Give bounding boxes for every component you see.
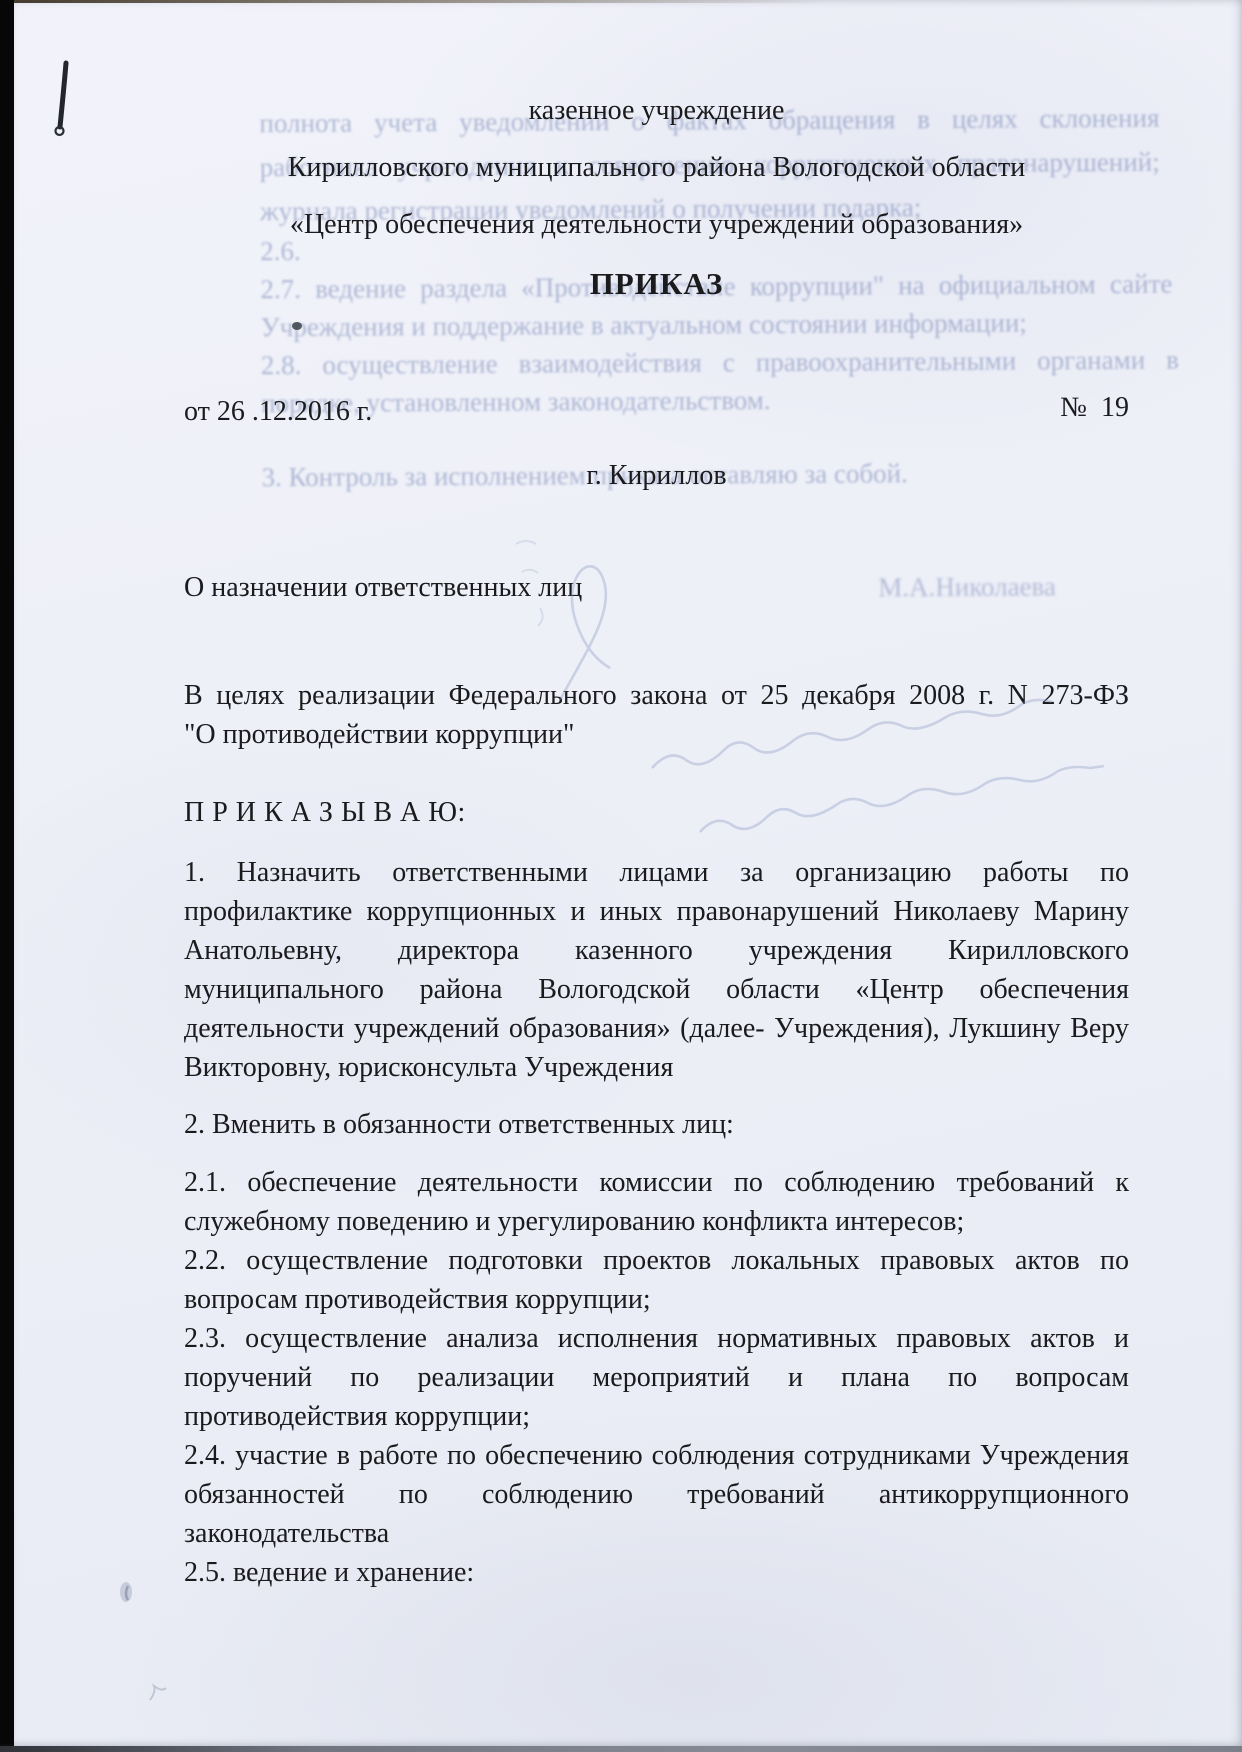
item-line: вопросам противодействия коррупции; (184, 1280, 1129, 1319)
order-place: г. Кириллов (184, 460, 1129, 492)
item-line: законодательства (184, 1514, 1129, 1553)
item-line: 2.1. обеспечение деятельности комиссии п… (184, 1163, 1129, 1202)
bleed-line: Учреждения и поддержание в актуальном со… (261, 306, 1009, 345)
order-item-1: 1. Назначить ответственными лицами за ор… (184, 853, 1129, 1087)
item-line: муниципального района Вологодской област… (184, 970, 1129, 1009)
item-line: противодействия коррупции; (184, 1397, 1129, 1436)
item-line: 2.4. участие в работе по обеспечению соб… (184, 1436, 1129, 1475)
order-subject: О назначении ответственных лиц (184, 568, 1129, 607)
item-line: 1. Назначить ответственными лицами за ор… (184, 853, 1129, 892)
order-item-2-heading: 2. Вменить в обязанности ответственных л… (184, 1105, 1129, 1144)
paper-sheet: полнота учета уведомлений о фактах обращ… (14, 0, 1242, 1746)
scanned-order-document: полнота учета уведомлений о фактах обращ… (0, 0, 1242, 1752)
bleed-line: 2.8. осуществление взаимодействия с прав… (261, 343, 1179, 383)
item-line: 2.2. осуществление подготовки проектов л… (184, 1241, 1129, 1280)
institution-district-line: Кирилловского муниципального района Воло… (184, 152, 1129, 184)
intro-line: В целях реализации Федерального закона о… (184, 676, 1129, 715)
order-item-2-list: 2.1. обеспечение деятельности комиссии п… (184, 1163, 1129, 1592)
item-line: обязанностей по соблюдению требований ан… (184, 1475, 1129, 1514)
item-line: 2.5. ведение и хранение: (184, 1553, 1129, 1592)
item-line: Викторовну, юрисконсульта Учреждения (184, 1048, 1129, 1087)
order-number: № 19 (184, 392, 1129, 424)
item-line: профилактике коррупционных и иных правон… (184, 892, 1129, 931)
item-line: служебному поведению и урегулированию ко… (184, 1202, 1129, 1241)
item-line: поручений по реализации мероприятий и пл… (184, 1358, 1129, 1397)
intro-paragraph: В целях реализации Федерального закона о… (184, 676, 1129, 754)
directive-word: П Р И К А З Ы В А Ю: (184, 793, 1129, 832)
item-line: 2.3. осуществление анализа исполнения но… (184, 1319, 1129, 1358)
order-title: ПРИКАЗ (184, 266, 1129, 302)
intro-line: "О противодействии коррупции" (184, 715, 1129, 754)
item-line: деятельности учреждений образования» (да… (184, 1009, 1129, 1048)
institution-type-line: казенное учреждение (184, 95, 1129, 127)
institution-name-line: «Центр обеспечения деятельности учрежден… (184, 209, 1129, 241)
item-line: Анатольевну, директора казенного учрежде… (184, 931, 1129, 970)
